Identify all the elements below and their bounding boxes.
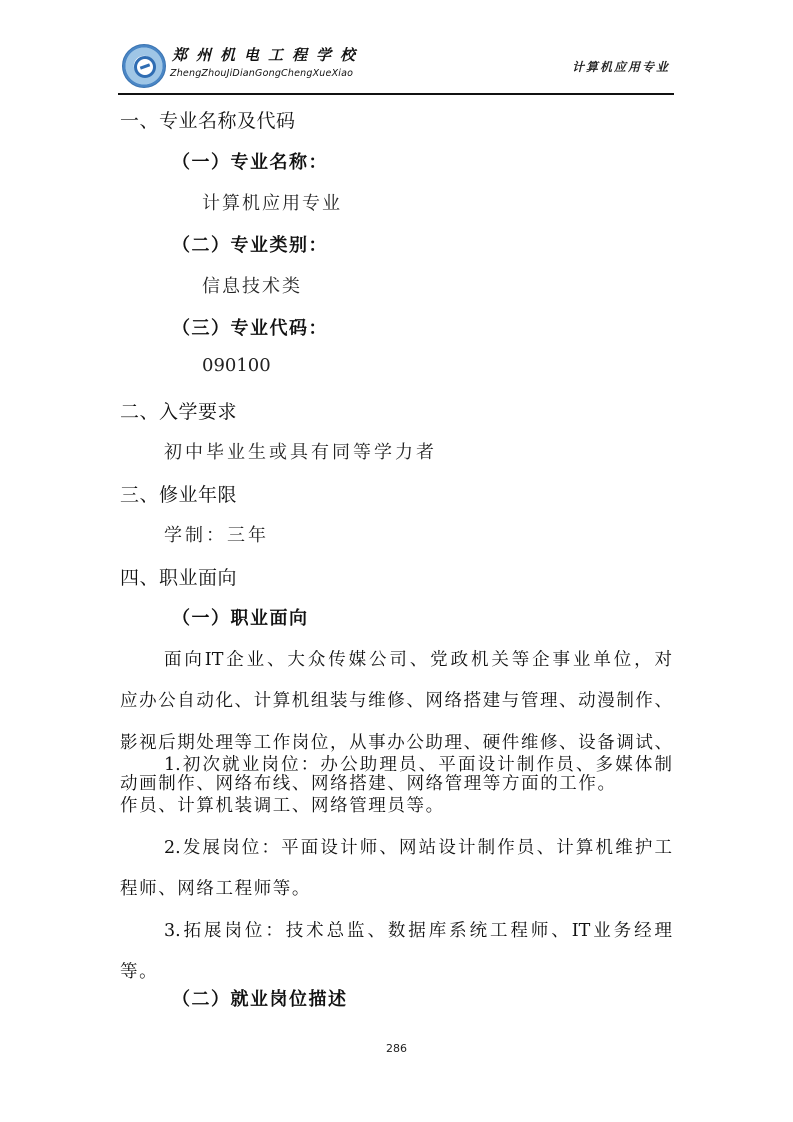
subsection-major-category-title: （二）专业类别： bbox=[172, 231, 328, 257]
school-name-en: ZhengZhouJiDianGongChengXueXiao bbox=[170, 68, 353, 79]
list-item-development-positions: 2.发展岗位：平面设计师、网站设计制作员、计算机维护工 bbox=[164, 834, 672, 859]
header-divider bbox=[118, 93, 674, 95]
page-header: 郑州机电工程学校 ZhengZhouJiDianGongChengXueXiao… bbox=[118, 38, 674, 94]
study-duration-value: 学制：三年 bbox=[164, 521, 269, 547]
list-item-development-positions-cont: 程师、网络工程师等。 bbox=[120, 875, 672, 900]
paragraph-line: 面向IT企业、大众传媒公司、党政机关等企事业单位，对 bbox=[164, 646, 672, 671]
subsection-major-name-title: （一）专业名称： bbox=[172, 148, 328, 174]
subsection-career-orientation-title: （一）职业面向 bbox=[172, 604, 309, 630]
document-page: 郑州机电工程学校 ZhengZhouJiDianGongChengXueXiao… bbox=[0, 0, 793, 1122]
section-3-title: 三、修业年限 bbox=[120, 480, 237, 507]
section-1-title: 一、专业名称及代码 bbox=[120, 106, 296, 133]
major-code-value: 090100 bbox=[202, 355, 271, 376]
major-label: 计算机应用专业 bbox=[572, 58, 670, 75]
major-category-value: 信息技术类 bbox=[202, 272, 302, 298]
subsection-major-code-title: （三）专业代码： bbox=[172, 314, 328, 340]
page-number: 286 bbox=[0, 1042, 793, 1055]
list-item-expansion-positions-end: 等。 bbox=[120, 958, 672, 983]
list-item-initial-positions-cont: 作员、计算机装调工、网络管理员等。 bbox=[120, 792, 672, 817]
school-name-cn: 郑州机电工程学校 bbox=[172, 44, 364, 65]
section-4-title: 四、职业面向 bbox=[120, 563, 237, 590]
list-item-initial-positions: 1.初次就业岗位：办公助理员、平面设计制作员、多媒体制 bbox=[164, 751, 672, 776]
paragraph-line: 应办公自动化、计算机组装与维修、网络搭建与管理、动漫制作、 bbox=[120, 687, 672, 712]
school-emblem-icon bbox=[122, 44, 166, 88]
subsection-job-description-title: （二）就业岗位描述 bbox=[172, 985, 348, 1011]
major-name-value: 计算机应用专业 bbox=[202, 189, 342, 215]
admission-requirement-value: 初中毕业生或具有同等学力者 bbox=[164, 438, 437, 464]
section-2-title: 二、入学要求 bbox=[120, 397, 237, 424]
list-item-expansion-positions: 3.拓展岗位：技术总监、数据库系统工程师、IT业务经理 bbox=[164, 917, 672, 942]
